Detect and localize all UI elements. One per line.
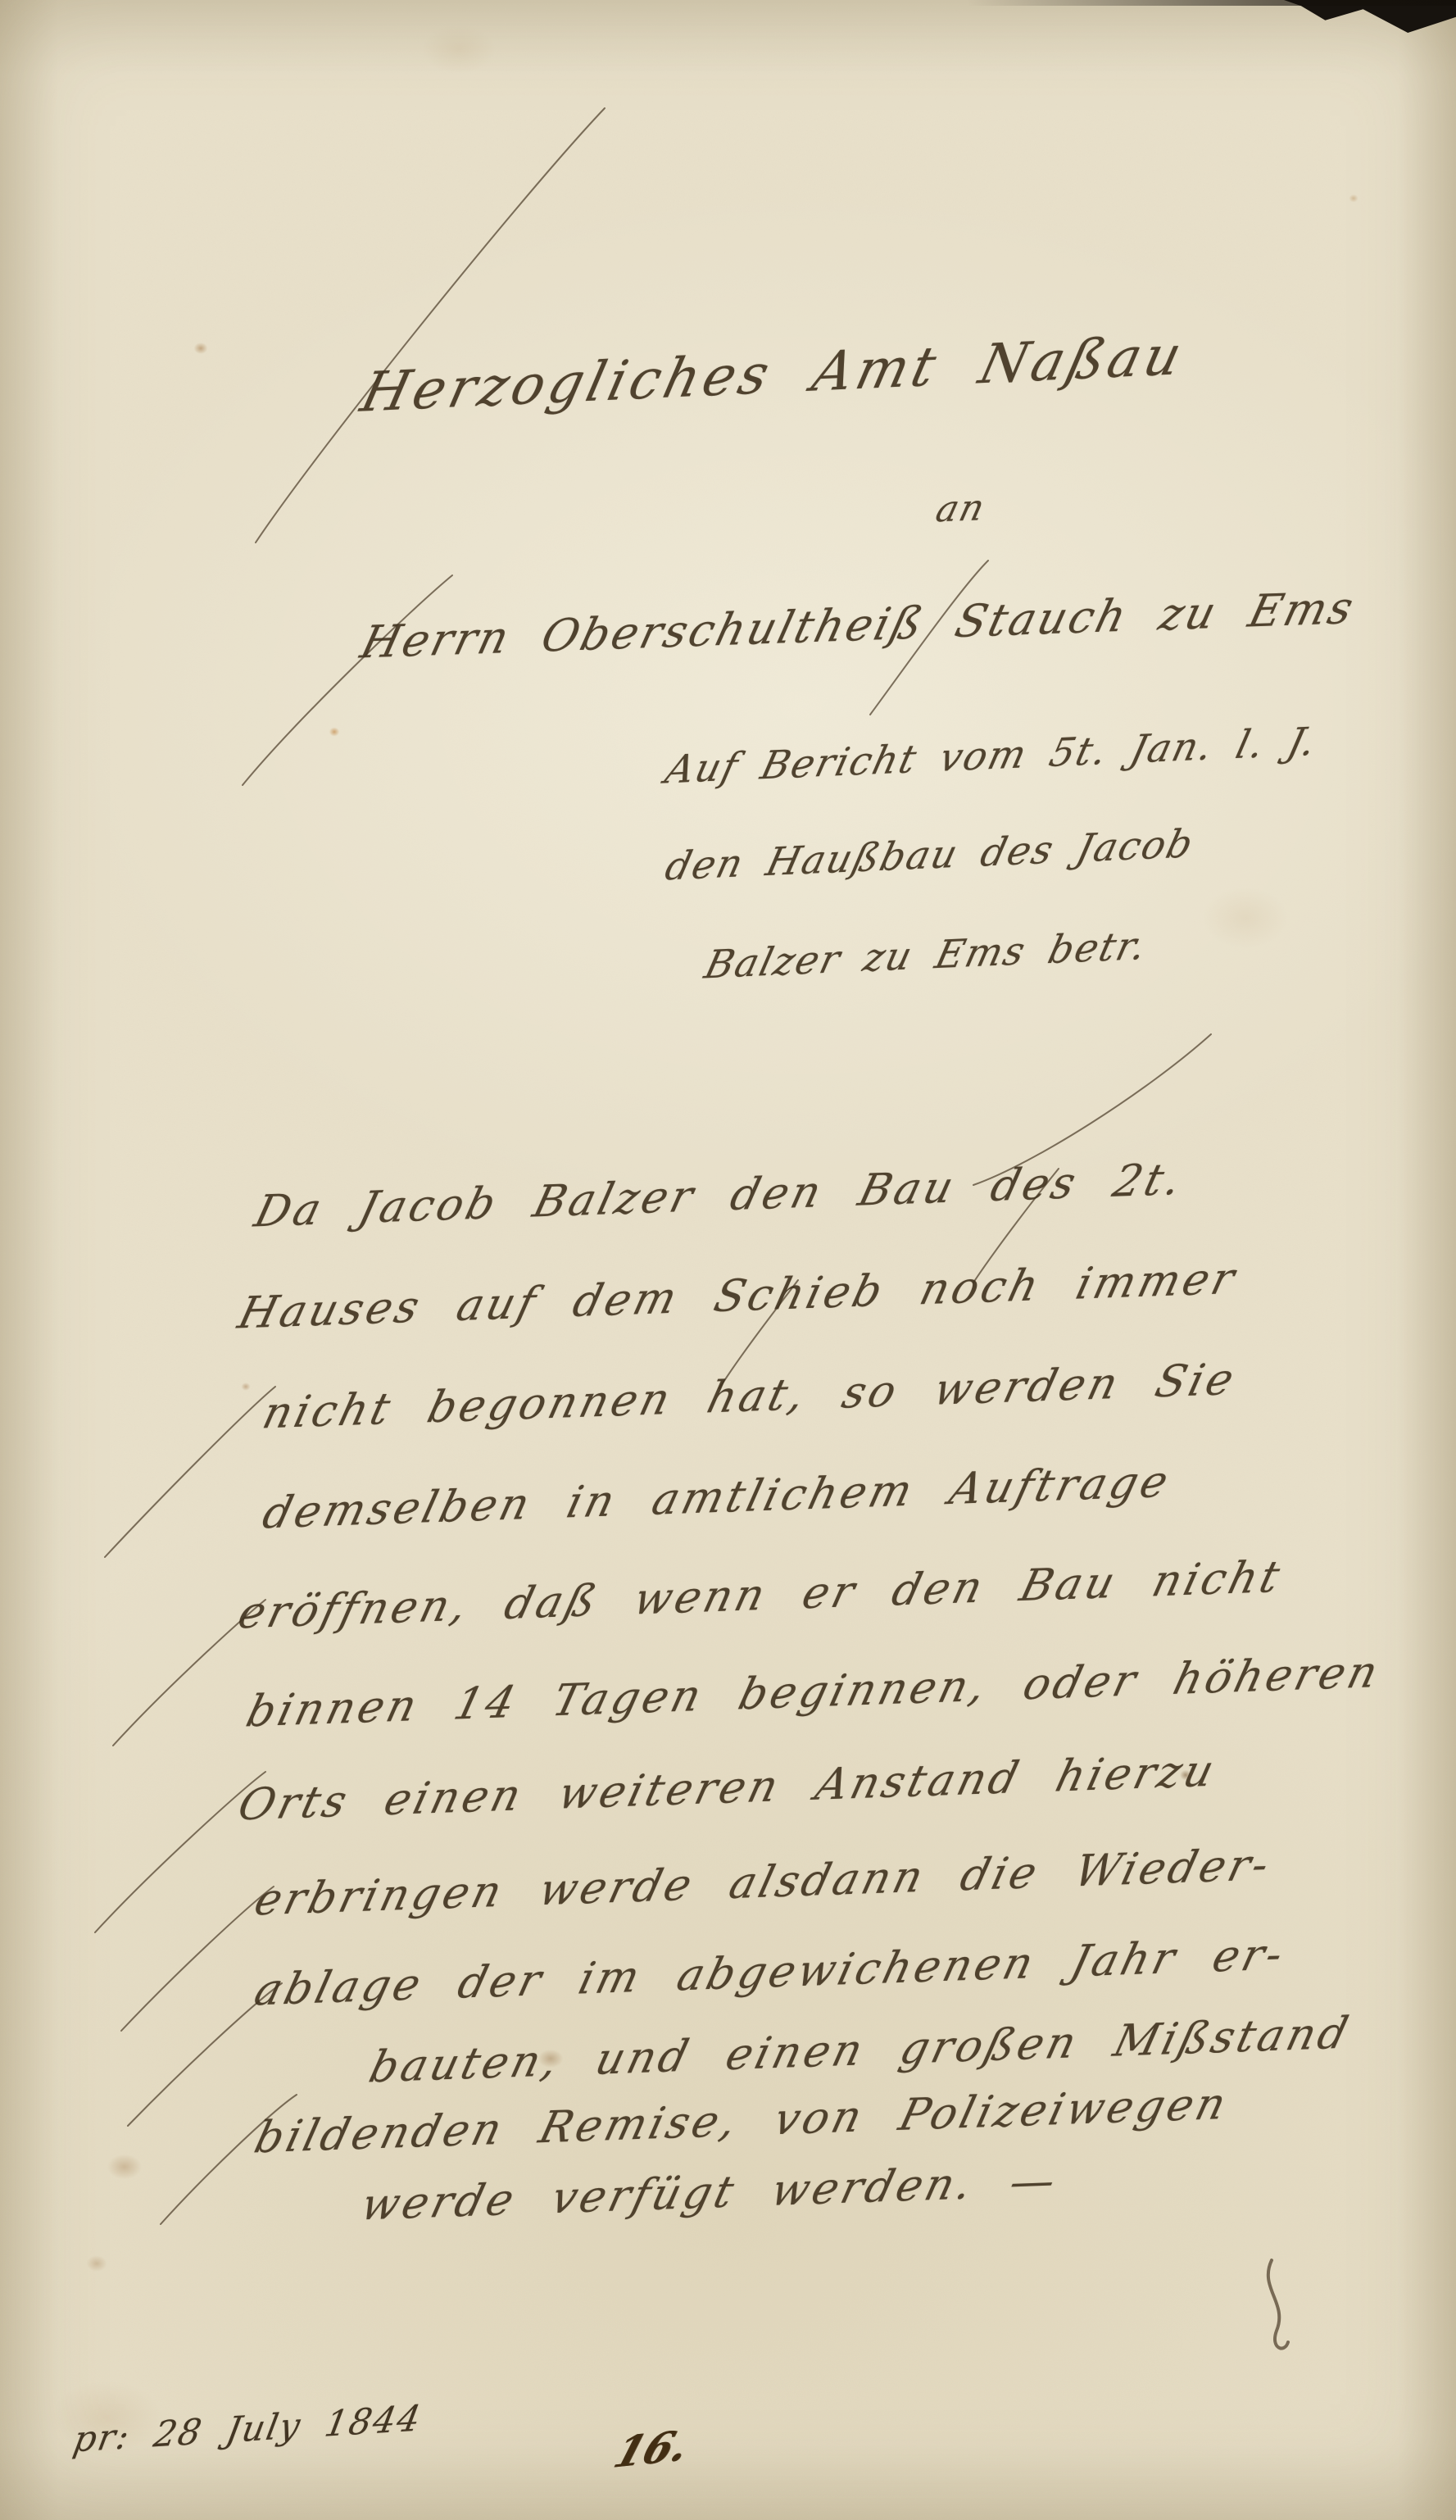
body-line: eröffnen, daß wenn er den Bau nicht: [234, 1552, 1288, 1639]
subject-line-1: Auf Bericht vom 5t. Jan. l. J.: [661, 719, 1322, 792]
body-line: nicht begonnen hat, so werden Sie: [258, 1355, 1242, 1439]
subject-line-2: den Haußbau des Jacob: [661, 821, 1199, 890]
body-line: werde verfügt werden. —: [356, 2155, 1064, 2230]
body-line: binnen 14 Tagen beginnen, oder höheren: [242, 1647, 1386, 1737]
body-line: Da Jacob Balzer den Bau des 2t.: [250, 1154, 1190, 1237]
body-line: Orts einen weiteren Anstand hierzu: [234, 1746, 1222, 1830]
docket-number: 16.: [608, 2420, 695, 2478]
body-line: erbringen werde alsdann die Wieder-: [250, 1840, 1277, 1926]
received-date-note: pr: 28 July 1844: [70, 2398, 425, 2461]
body-line: demselben in amtlichem Auftrage: [258, 1456, 1177, 1538]
office-line: Herzogliches Amt Naßau: [355, 323, 1191, 424]
scan-edge-shadow: [967, 0, 1456, 6]
letter-page: Herzogliches Amt Naßau an Herrn Oberschu…: [0, 0, 1456, 2520]
body-line: ablage der im abgewichenen Jahr er-: [250, 1929, 1291, 2015]
connector-an: an: [932, 487, 990, 531]
recipient-line: Herrn Oberschultheiß Stauch zu Ems: [356, 582, 1361, 669]
body-line: Hauses auf dem Schieb noch immer: [234, 1254, 1243, 1339]
subject-line-3: Balzer zu Ems betr.: [701, 924, 1152, 988]
